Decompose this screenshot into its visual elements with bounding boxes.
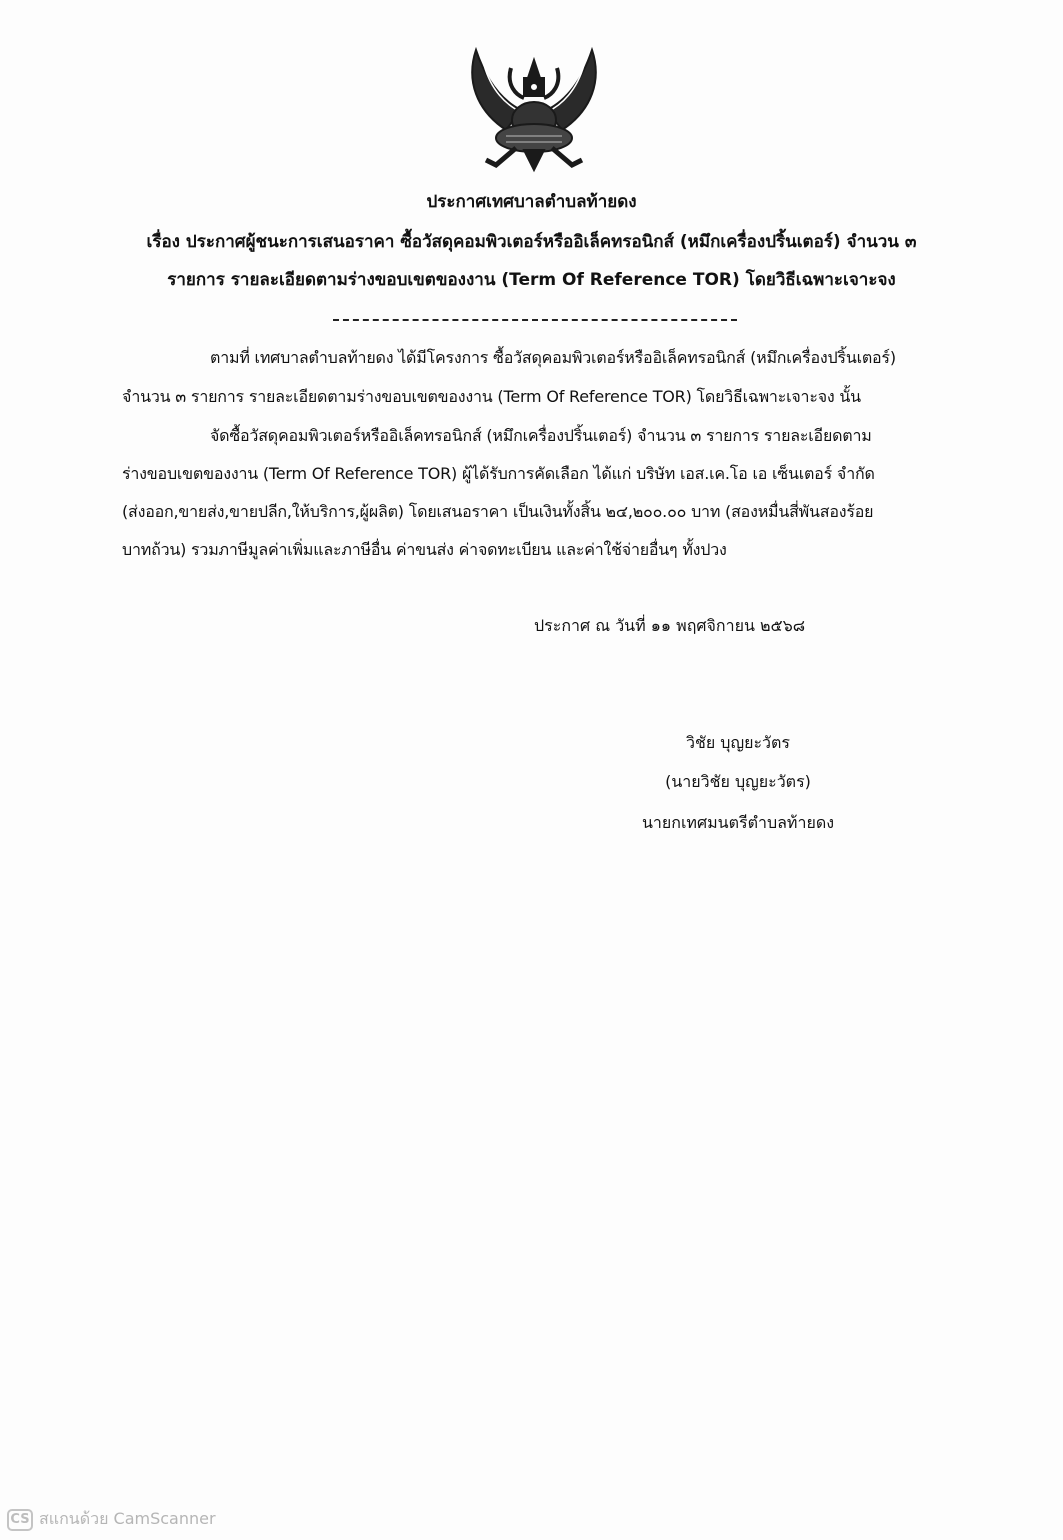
signatory-position: นายกเทศมนตรีตำบลท้ายดง bbox=[588, 811, 888, 835]
watermark-text: สแกนด้วย CamScanner bbox=[39, 1507, 216, 1532]
signature-name: วิชัย บุญยะวัตร bbox=[588, 731, 888, 755]
body-paragraph-line: (ส่งออก,ขายส่ง,ขายปลีก,ให้บริการ,ผู้ผลิต… bbox=[122, 500, 873, 524]
body-paragraph-line: ตามที่ เทศบาลตำบลท้ายดง ได้มีโครงการ ซื้… bbox=[210, 346, 896, 370]
separator-divider bbox=[333, 319, 737, 321]
announcement-title: ประกาศเทศบาลตำบลท้ายดง bbox=[0, 190, 1063, 214]
body-paragraph-line: ร่างขอบเขตของงาน (Term Of Reference TOR)… bbox=[122, 462, 875, 486]
body-paragraph-line: จัดซื้อวัสดุคอมพิวเตอร์หรืออิเล็คทรอนิกส… bbox=[210, 424, 872, 448]
garuda-emblem-icon bbox=[466, 40, 602, 178]
body-paragraph-line: บาทถ้วน) รวมภาษีมูลค่าเพิ่มและภาษีอื่น ค… bbox=[122, 538, 727, 562]
subject-line-2: รายการ รายละเอียดตามร่างขอบเขตของงาน (Te… bbox=[0, 268, 1063, 292]
document-page: ประกาศเทศบาลตำบลท้ายดง เรื่อง ประกาศผู้ช… bbox=[0, 0, 1063, 1540]
body-paragraph-line: จำนวน ๓ รายการ รายละเอียดตามร่างขอบเขตขอ… bbox=[122, 385, 861, 409]
announcement-date: ประกาศ ณ วันที่ ๑๑ พฤศจิกายน ๒๕๖๘ bbox=[534, 614, 805, 638]
camscanner-watermark: CS สแกนด้วย CamScanner bbox=[7, 1507, 216, 1532]
signatory-full-name: (นายวิชัย บุญยะวัตร) bbox=[588, 770, 888, 794]
subject-line-1: เรื่อง ประกาศผู้ชนะการเสนอราคา ซื้อวัสดุ… bbox=[0, 230, 1063, 254]
camscanner-logo-icon: CS bbox=[7, 1509, 33, 1531]
